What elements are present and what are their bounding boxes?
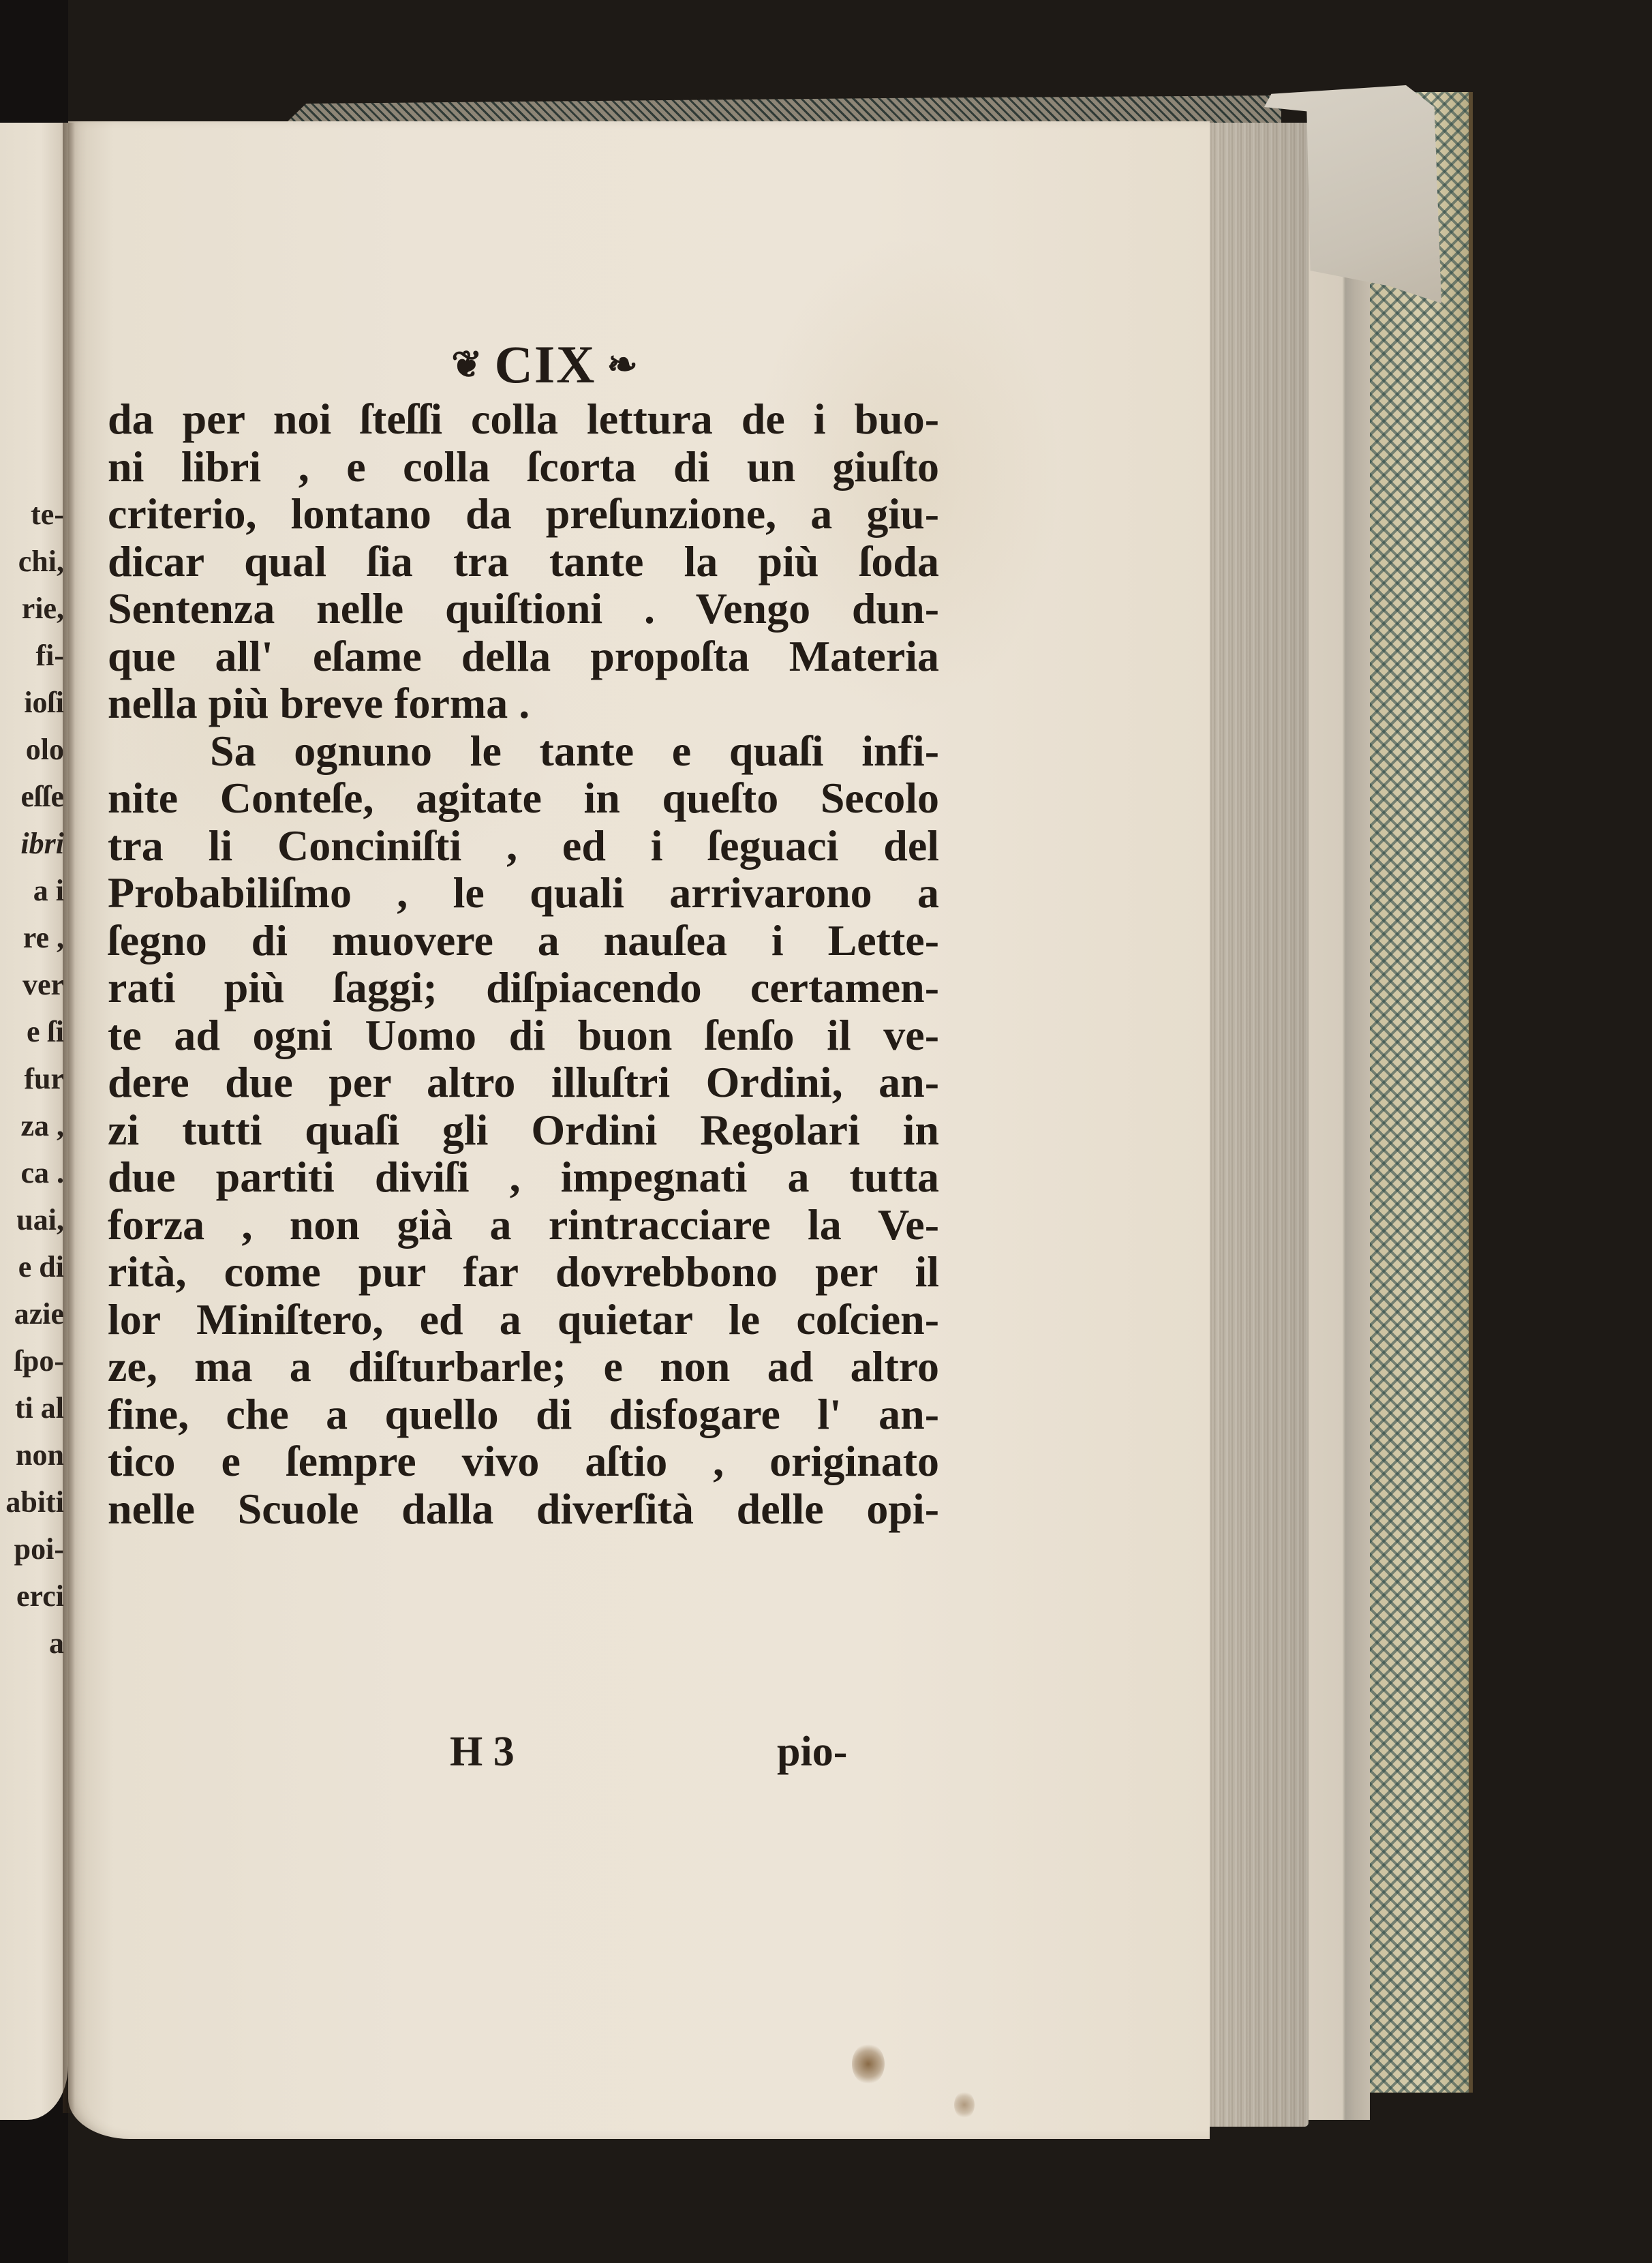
text-line: due partiti diviſi , impegnati a tutta [108, 1153, 939, 1201]
text-line: tico e ſempre vivo aſtio , originato [108, 1438, 939, 1485]
left-line: ſpo- [0, 1337, 64, 1384]
text-line: nella più breve forma . [108, 680, 939, 727]
left-line: a i [0, 867, 64, 914]
text-line: Probabiliſmo , le quali arrivarono a [108, 869, 939, 917]
left-line: za , [0, 1102, 64, 1149]
text-line: ni libri , e colla ſcorta di un giuſto [108, 443, 939, 491]
headband [286, 95, 1281, 123]
left-line: ibri [0, 820, 64, 867]
left-line: ca . [0, 1149, 64, 1196]
page-footer: H 3 pio- [109, 1728, 940, 1782]
text-line: te ad ogni Uomo di buon ſenſo il ve- [108, 1012, 939, 1059]
fore-edge-shade [1208, 123, 1309, 2127]
fleuron-right-icon: ❧ [607, 344, 639, 385]
page-number: CIX [494, 335, 596, 394]
catchword: pio- [777, 1728, 847, 1776]
text-line: criterio, lontano da preſunzione, a giu- [108, 490, 939, 538]
text-line: forza , non già a rintracciare la Ve- [108, 1201, 939, 1249]
left-line: erci [0, 1573, 64, 1620]
left-line: ti al [0, 1384, 64, 1431]
left-line: eſſe [0, 773, 64, 820]
foxing-stain [954, 2091, 975, 2118]
text-line: nelle Scuole dalla diverſità delle opi- [108, 1485, 939, 1533]
gutter-shadow [63, 123, 75, 2113]
left-line: fi- [0, 632, 64, 679]
rear-page-block [1309, 164, 1370, 2120]
left-line: e di [0, 1243, 64, 1290]
left-page-text: te- chi, rie, fi- ioſi olo eſſe ibri a i… [0, 491, 64, 1667]
marbled-cover [1366, 92, 1473, 2093]
left-line: fur [0, 1055, 64, 1102]
left-page: te- chi, rie, fi- ioſi olo eſſe ibri a i… [0, 123, 68, 2120]
left-line: abiti [0, 1478, 64, 1525]
running-head: ❦CIX❧ [368, 334, 722, 395]
text-line: Sa ognuno le tante e quaſi infi- [108, 727, 939, 775]
body-text: da per noi ſteſſi colla lettura de i buo… [108, 395, 939, 1532]
left-line: uai, [0, 1196, 64, 1243]
text-line: lor Miniſtero, ed a quietar le coſcien- [108, 1296, 939, 1343]
left-line: rie, [0, 585, 64, 632]
text-line: zi tutti quaſi gli Ordini Regolari in [108, 1106, 939, 1154]
foxing-stain [852, 2044, 885, 2084]
left-line: ioſi [0, 679, 64, 726]
fleuron-left-icon: ❦ [451, 344, 483, 385]
text-line: da per noi ſteſſi colla lettura de i buo… [108, 395, 939, 443]
left-line: chi, [0, 538, 64, 585]
text-line: ze, ma a diſturbarle; e non ad altro [108, 1343, 939, 1391]
text-line: dicar qual ſia tra tante la più ſoda [108, 538, 939, 586]
left-line: te- [0, 491, 64, 538]
left-line: a [0, 1620, 64, 1667]
left-line: e ſi [0, 1008, 64, 1055]
left-line: ver [0, 961, 64, 1008]
left-line: re , [0, 914, 64, 961]
text-line: rati più ſaggi; diſpiacendo certamen- [108, 964, 939, 1012]
left-line: non [0, 1431, 64, 1478]
text-line: Sentenza nelle quiſtioni . Vengo dun- [108, 585, 939, 633]
left-line: poi- [0, 1525, 64, 1573]
text-line: dere due per altro illuſtri Ordini, an- [108, 1059, 939, 1106]
left-line: olo [0, 726, 64, 773]
left-line: azie [0, 1290, 64, 1337]
text-line: fine, che a quello di disfogare l' an- [108, 1391, 939, 1438]
text-line: que all' eſame della propoſta Materia [108, 633, 939, 680]
text-line: nite Conteſe, agitate in queſto Secolo [108, 774, 939, 822]
text-line: rità, come pur far dovrebbono per il [108, 1248, 939, 1296]
text-line: tra li Conciniſti , ed i ſeguaci del [108, 822, 939, 870]
signature-mark: H 3 [450, 1728, 515, 1776]
text-line: ſegno di muovere a nauſea i Lette- [108, 917, 939, 965]
